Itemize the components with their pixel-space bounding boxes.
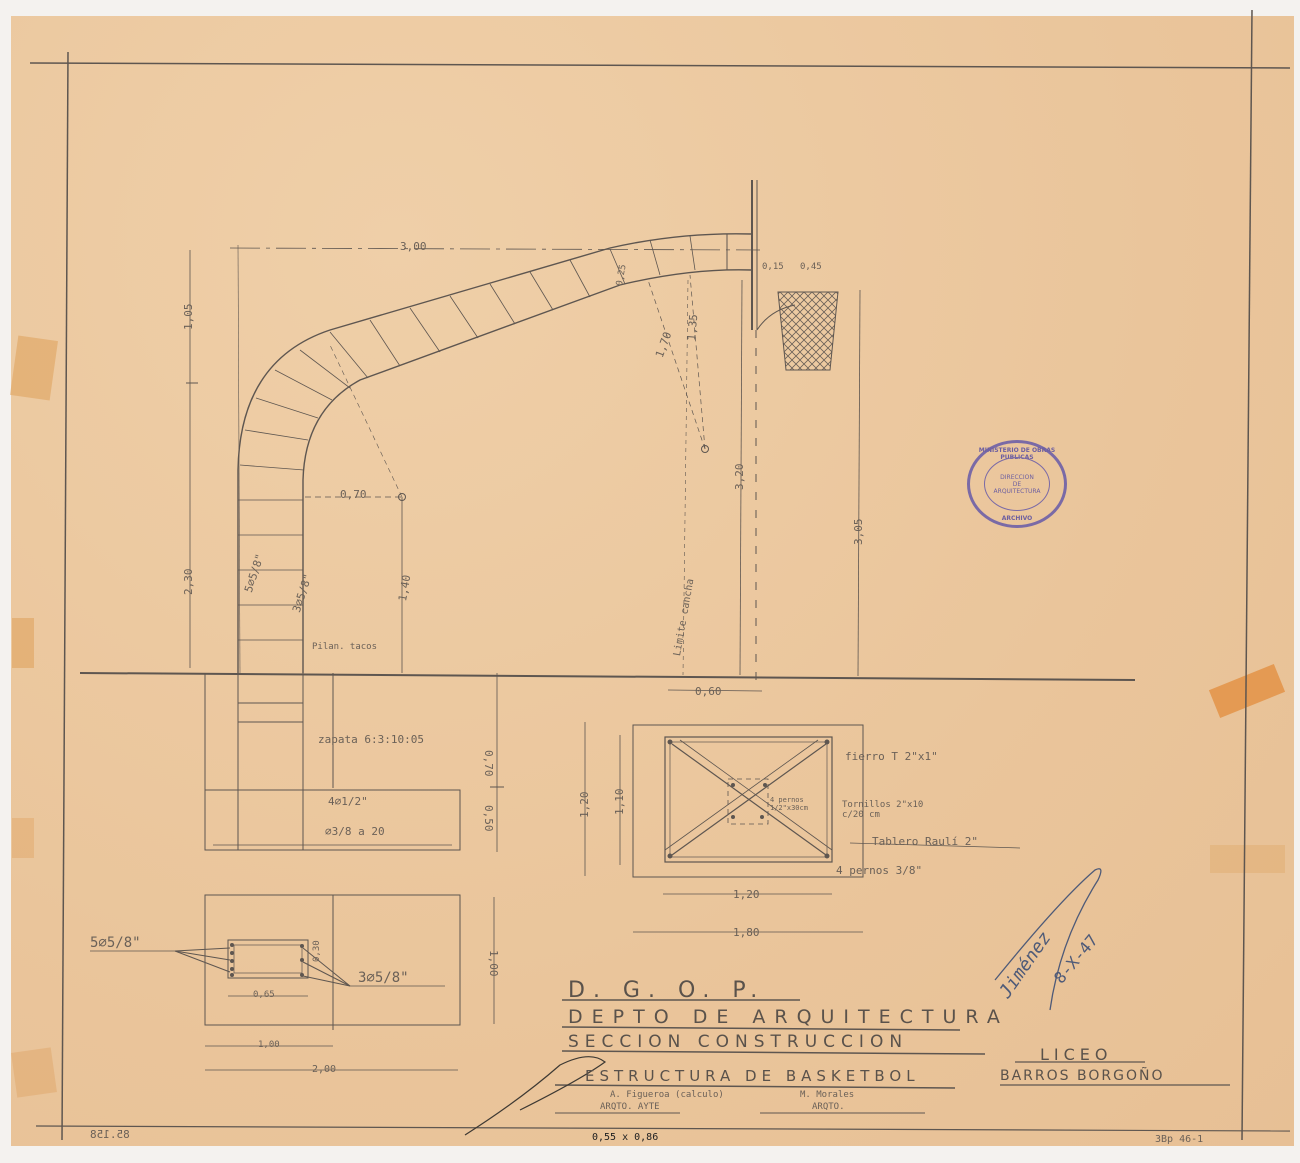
dim-rim-height: 3,20 <box>733 464 746 491</box>
stamp-ring-bottom: ARCHIVO <box>970 515 1064 522</box>
catalog-number-left: 85.158 <box>90 1128 130 1141</box>
stamp-line-2: DE <box>1013 481 1021 488</box>
footing-rebar-1: 4∅1/2" <box>328 795 368 808</box>
dim-footing-height: 0,50 <box>482 805 495 832</box>
dim-radius-4: 1,35 <box>685 314 700 342</box>
drafter-1-name: A. Figueroa (calculo) <box>610 1090 724 1100</box>
dim-top-width: 3,00 <box>400 240 427 253</box>
location-name: BARROS BORGOÑO <box>1000 1068 1164 1084</box>
dim-plan-depth: 1,00 <box>487 950 500 977</box>
sheet-size: 0,55 x 0,86 <box>592 1132 658 1143</box>
drafter-1-role: ARQTO. AYTE <box>600 1102 660 1112</box>
title-line-3: SECCION CONSTRUCCION <box>568 1032 908 1052</box>
title-line-1: D. G. O. P. <box>568 978 765 1003</box>
dim-half-width: 1,00 <box>258 1040 280 1050</box>
title-line-2: DEPTO DE ARQUITECTURA <box>568 1006 1009 1028</box>
plan-rebar-left: 5∅5/8" <box>90 935 141 951</box>
dim-lower-height: 2,30 <box>182 569 195 596</box>
dim-bb-height-inner: 1,10 <box>613 789 626 816</box>
dim-upper-height: 1,05 <box>182 304 195 331</box>
dim-bb-height-outer: 1,20 <box>578 792 591 819</box>
note-screws: Tornillos 2"x10 c/20 cm <box>842 800 932 820</box>
plan-rebar-right: 3∅5/8" <box>358 970 409 986</box>
dim-backboard-height: 3,05 <box>852 519 865 546</box>
dim-hoop-reach: 0,45 <box>800 262 822 272</box>
stamp-line-1: DIRECCION <box>1000 474 1034 481</box>
note-center-bolts: 4 pernos 1/2"x30cm <box>770 796 820 812</box>
footing-label: zapata 6:3:10:05 <box>318 733 424 746</box>
drafter-2-name: M. Morales <box>800 1090 854 1100</box>
dim-column-depth: 0,30 <box>312 940 322 962</box>
note-bolts: 4 pernos 3/8" <box>836 864 922 877</box>
catalog-number-right: 3Bp 46-1 <box>1155 1134 1203 1145</box>
title-line-4: ESTRUCTURA DE BASKETBOL <box>585 1067 920 1085</box>
note-iron: fierro T 2"x1" <box>845 750 938 763</box>
dim-footing-depth: 0,70 <box>482 750 495 777</box>
dim-total-width: 2,00 <box>312 1064 336 1075</box>
dim-hoop-offset: 0,15 <box>762 262 784 272</box>
dim-bb-width-outer: 1,80 <box>733 926 760 939</box>
drafter-2-role: ARQTO. <box>812 1102 845 1112</box>
dim-radius-1: 0,70 <box>340 488 367 501</box>
archive-stamp: MINISTERIO DE OBRAS PUBLICAS DIRECCION D… <box>967 440 1067 528</box>
note-board: Tablero Raulí 2" <box>872 835 978 848</box>
dim-column-width: 0,65 <box>253 990 275 1000</box>
pilan-label: Pilan. tacos <box>312 642 377 652</box>
stamp-line-3: ARQUITECTURA <box>994 488 1041 495</box>
footing-rebar-2: ∅3/8 a 20 <box>325 825 385 838</box>
dim-bb-width-inner: 1,20 <box>733 888 760 901</box>
location-label: LICEO <box>1040 1045 1113 1064</box>
dim-court-offset: 0,60 <box>695 685 722 698</box>
